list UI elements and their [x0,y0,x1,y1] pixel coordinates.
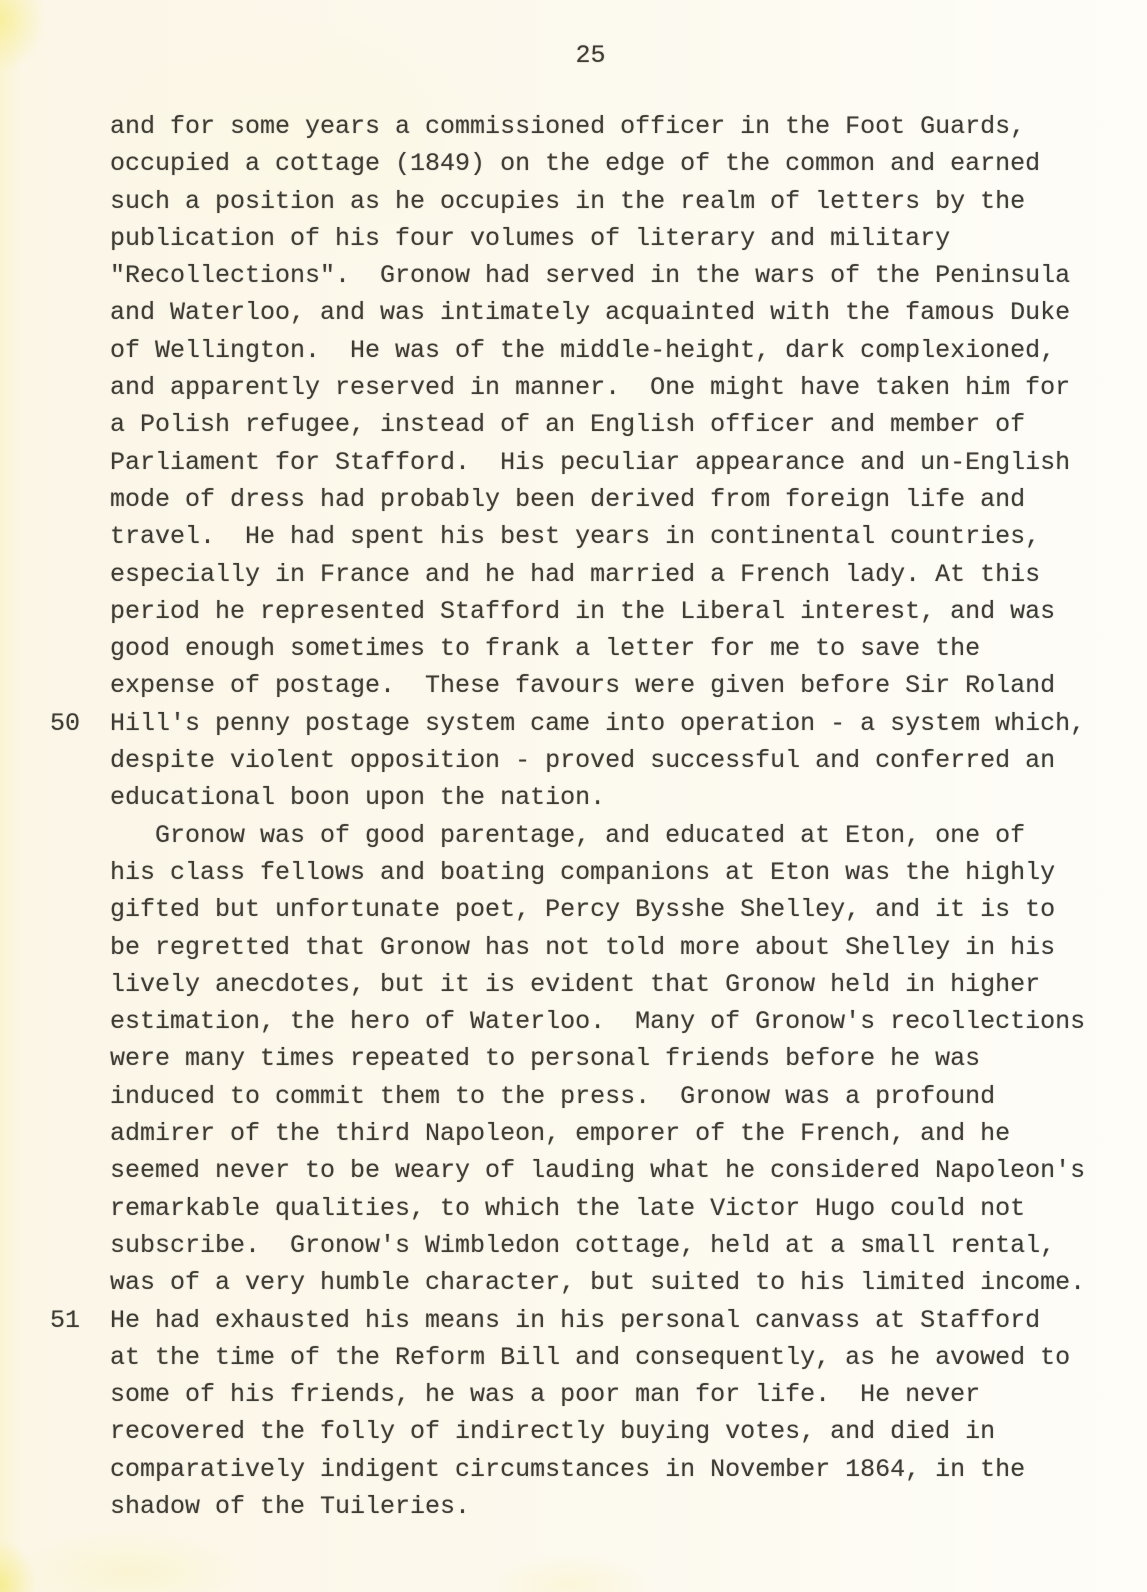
text-line: estimation, the hero of Waterloo. Many o… [110,1003,1085,1040]
scanned-page: 25 and for some years a commissioned off… [0,0,1147,1592]
text-line: Hill's penny postage system came into op… [110,705,1085,742]
text-line: good enough sometimes to frank a letter … [110,630,1085,667]
text-line: mode of dress had probably been derived … [110,481,1085,518]
text-line: induced to commit them to the press. Gro… [110,1078,1085,1115]
text-line: publication of his four volumes of liter… [110,220,1085,257]
text-line: especially in France and he had married … [110,556,1085,593]
text-line: subscribe. Gronow's Wimbledon cottage, h… [110,1227,1085,1264]
text-line: comparatively indigent circumstances in … [110,1451,1085,1488]
margin-line-number: 50 [50,705,80,742]
text-line: seemed never to be weary of lauding what… [110,1152,1085,1189]
text-line: occupied a cottage (1849) on the edge of… [110,145,1085,182]
page-number: 25 [17,41,1147,71]
text-line: period he represented Stafford in the Li… [110,593,1085,630]
text-line: shadow of the Tuileries. [110,1488,1085,1525]
text-line: and for some years a commissioned office… [110,108,1085,145]
body-text-block: and for some years a commissioned office… [110,108,1085,1525]
text-line: admirer of the third Napoleon, emporer o… [110,1115,1085,1152]
text-line: educational boon upon the nation. [110,779,1085,816]
text-line: Gronow was of good parentage, and educat… [110,817,1085,854]
text-line: his class fellows and boating companions… [110,854,1085,891]
text-line: remarkable qualities, to which the late … [110,1190,1085,1227]
text-line: expense of postage. These favours were g… [110,667,1085,704]
text-line: gifted but unfortunate poet, Percy Byssh… [110,891,1085,928]
text-line: despite violent opposition - proved succ… [110,742,1085,779]
margin-line-number: 51 [50,1302,80,1339]
text-line: of Wellington. He was of the middle-heig… [110,332,1085,369]
text-line: "Recollections". Gronow had served in th… [110,257,1085,294]
text-line: a Polish refugee, instead of an English … [110,406,1085,443]
text-line: be regretted that Gronow has not told mo… [110,929,1085,966]
text-line: was of a very humble character, but suit… [110,1264,1085,1301]
text-line: and apparently reserved in manner. One m… [110,369,1085,406]
text-line: lively anecdotes, but it is evident that… [110,966,1085,1003]
text-line: some of his friends, he was a poor man f… [110,1376,1085,1413]
text-line: were many times repeated to personal fri… [110,1040,1085,1077]
text-line: such a position as he occupies in the re… [110,183,1085,220]
scanned-document: { "document": { "page_number": "25", "in… [0,0,1147,1592]
text-line: and Waterloo, and was intimately acquain… [110,294,1085,331]
text-line: travel. He had spent his best years in c… [110,518,1085,555]
text-line: He had exhausted his means in his person… [110,1302,1085,1339]
text-line: Parliament for Stafford. His peculiar ap… [110,444,1085,481]
text-line: at the time of the Reform Bill and conse… [110,1339,1085,1376]
text-line: recovered the folly of indirectly buying… [110,1413,1085,1450]
